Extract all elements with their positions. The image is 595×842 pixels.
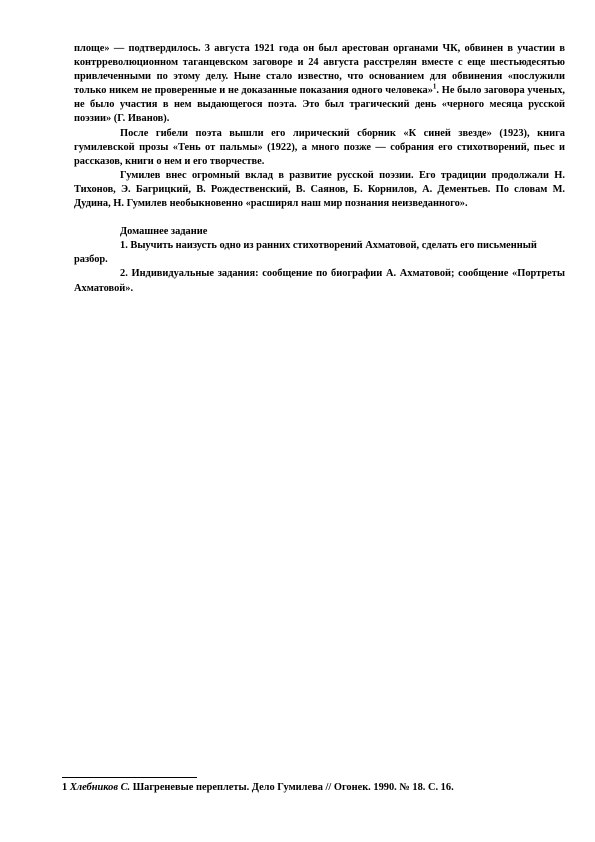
homework-item-2: 2. Индивидуальные задания: сообщение по … xyxy=(74,267,565,295)
document-body: площе» — подтвердилось. 3 августа 1921 г… xyxy=(74,42,565,296)
paragraph-legacy: Гумилев внес огромный вклад в развитие р… xyxy=(74,169,565,211)
paragraph-arrest: площе» — подтвердилось. 3 августа 1921 г… xyxy=(74,42,565,127)
footnote-author: Хлебников С. xyxy=(70,782,130,793)
footnote-text: Шагреневые переплеты. Дело Гумилева // О… xyxy=(130,782,454,793)
paragraph-publications: После гибели поэта вышли его лирический … xyxy=(74,127,565,169)
footnote-separator xyxy=(62,777,197,778)
spacer xyxy=(74,211,565,225)
footnote: 1 Хлебников С. Шагреневые переплеты. Дел… xyxy=(62,781,542,794)
document-page: площе» — подтвердилось. 3 августа 1921 г… xyxy=(0,0,595,842)
homework-title: Домашнее задание xyxy=(74,225,565,239)
footnote-number: 1 xyxy=(62,782,67,793)
homework-item-1: 1. Выучить наизусть одно из ранних стихо… xyxy=(74,239,565,267)
